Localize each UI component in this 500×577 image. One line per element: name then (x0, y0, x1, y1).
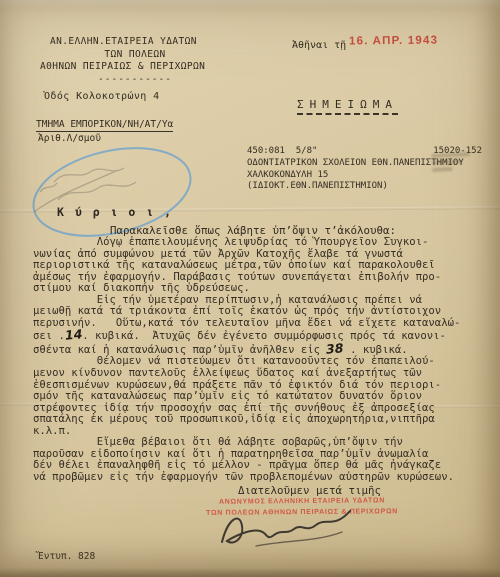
expected-post-text: . κυβικά. Ἀτυχῶς δέν ἐγένετο συμμόρφωσις… (82, 330, 446, 342)
closing-salutation: Διατελοῦμεν μετά τιμῆς (238, 484, 381, 497)
company-address: Ὁδός Κολοκοτρώνη 4 (40, 91, 262, 104)
actual-pre-text: σθέντα καί ἡ κατανάλωσις παρ’ὑμῖν ἀνῆλθε… (33, 344, 326, 356)
body-line-actual-consumption: σθέντα καί ἡ κατανάλωσις παρ’ὑμῖν ἀνῆλθε… (33, 343, 485, 357)
paper-top-highlight (0, 0, 500, 8)
handwritten-expected-value: 14 (64, 329, 82, 342)
form-number: Ἔντυπ. 828 (38, 551, 95, 562)
body-line-expected-consumption: σει .14. κυβικά. Ἀτυχῶς δέν ἐγένετο συμμ… (33, 329, 485, 343)
scanned-letter-page: ΑΝ.ΕΛΛΗΝ.ΕΤΑΙΡΕΙΑ ΥΔΑΤΩΝ ΤΩΝ ΠΟΛΕΩΝ ΑΘΗΝ… (0, 0, 500, 577)
body-line: σμόν τῆς καταναλώσεως παρ’ὑμῖν εἰς τό κα… (33, 391, 485, 403)
handwritten-signature (214, 504, 364, 552)
reference-number-left: 450:081 5/8" (247, 146, 317, 158)
date-prefix: Ἀθῆναι τῇ (292, 40, 346, 51)
body-line: σπατάλης ἐκ μέρους τοῦ προσωπικοῦ,ἰδίᾳ ε… (33, 414, 485, 426)
company-name-line2: ΤΩΝ ΠΟΛΕΩΝ (40, 49, 230, 62)
handwritten-actual-value: 38 (326, 342, 344, 355)
letter-body: Λόγῳ ἐπαπειλουμένης λειψυδρίας τό Ὑπουργ… (33, 237, 485, 483)
body-line: Λόγῳ ἐπαπειλουμένης λειψυδρίας τό Ὑπουργ… (33, 237, 485, 249)
company-name-line1: ΑΝ.ΕΛΛΗΝ.ΕΤΑΙΡΕΙΑ ΥΔΑΤΩΝ (40, 36, 262, 49)
department-line: ΤΜΗΜΑ ΕΜΠΟΡΙΚΟΝ/ΝΗ/ΑΤ/Υα (36, 119, 173, 132)
letterhead-divider: ----------- (40, 74, 230, 87)
faint-emboss-stamp (431, 152, 470, 175)
date-stamp: 16. ΑΠΡ. 1943 (349, 35, 438, 48)
letterhead: ΑΝ.ΕΛΛΗΝ.ΕΤΑΙΡΕΙΑ ΥΔΑΤΩΝ ΤΩΝ ΠΟΛΕΩΝ ΑΘΗΝ… (40, 36, 262, 104)
actual-post-text: . κυβικά. (344, 344, 408, 356)
document-title: ΣΗΜΕΙΩΜΑ (297, 98, 398, 115)
body-line: μενον κίνδυνον παντελοῦς ἐλλείψεως ὕδατο… (33, 368, 485, 380)
body-line: στίμου καί διακοπήν τῆς ὑδρεύσεως. (33, 283, 485, 295)
body-line: περυσινήν. Οὕτω,κατά τόν τελευταῖον μῆνα… (33, 318, 485, 330)
body-line: περιοριστικά τῆς καταναλώσεως μέτρα,τῶν … (33, 260, 485, 272)
body-line: νά προβῶμεν εἰς τήν ἐφαρμογήν τῶν προβλε… (33, 472, 485, 484)
department-label: ΤΜΗΜΑ ΕΜΠΟΡΙΚΟΝ/ΝΗ/ΑΤ/Υα (36, 119, 173, 132)
company-name-line3: ΑΘΗΝΩΝ ΠΕΙΡΑΙΩΣ & ΠΕΡΙΧΩΡΩΝ (40, 61, 262, 74)
torn-bottom-edge (0, 568, 500, 577)
recipient-ownership-note: (ΙΔΙΟΚΤ.ΕΘΝ.ΠΑΝΕΠΙΣΤΗΜΙΟΝ) (247, 181, 482, 193)
expected-pre-text: σει . (33, 330, 65, 342)
salutation: Κ ύ ρ ι ο ι , (57, 205, 173, 219)
